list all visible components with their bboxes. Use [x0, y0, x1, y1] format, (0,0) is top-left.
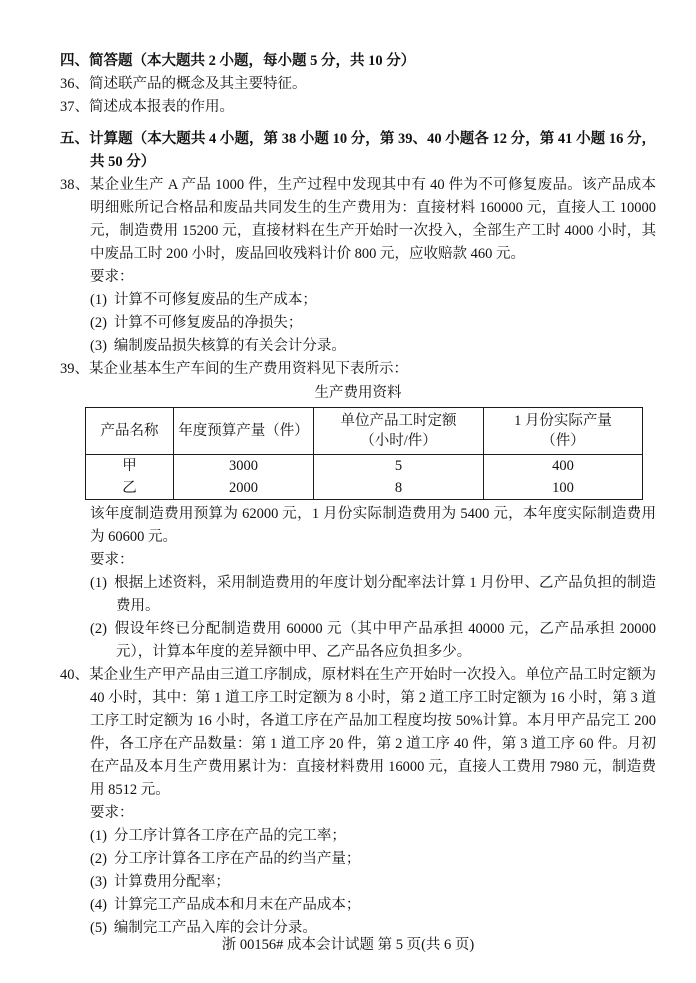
table-cell: 100 — [484, 477, 643, 500]
item-label: (3) — [90, 874, 107, 890]
question-39: 39、某企业基本生产车间的生产费用资料见下表所示： — [60, 358, 656, 381]
question-39-after-table-text: 该年度制造费用预算为 62000 元，1 月份实际制造费用为 5400 元，本年… — [90, 503, 656, 549]
question-39-text: 某企业基本生产车间的生产费用资料见下表所示： — [89, 361, 408, 377]
item-label: (2) — [90, 315, 107, 331]
item-text: 编制废品损失核算的有关会计分录。 — [114, 338, 346, 354]
section-5-title: 计算题（本大题共 4 小题，第 38 小题 10 分，第 39、40 小题各 1… — [89, 131, 656, 170]
item-label: (3) — [90, 338, 107, 354]
question-38-text: 某企业生产 A 产品 1000 件，生产过程中发现其中有 40 件为不可修复废品… — [90, 177, 656, 262]
item-text: 根据上述资料，采用制造费用的年度计划分配率法计算 1 月份甲、乙产品负担的制造费… — [114, 575, 656, 614]
section-4-number: 四、 — [60, 53, 89, 69]
col-header-product-name: 产品名称 — [86, 408, 174, 455]
page-footer: 浙 00156# 成本会计试题 第 5 页(共 6 页) — [0, 933, 696, 954]
page-content: 四、简答题（本大题共 2 小题，每小题 5 分，共 10 分） 36、简述联产品… — [60, 50, 656, 940]
question-36-number: 36、 — [60, 76, 89, 92]
question-40-item-4: (4)计算完工产品成本和月末在产品成本； — [90, 894, 656, 917]
col-header-january-actual-output: 1 月份实际产量（件） — [484, 408, 643, 455]
table-cell: 400 — [484, 455, 643, 478]
header-line: （小时/件） — [314, 431, 483, 451]
table-row-product-yi: 乙 2000 8 100 — [86, 477, 643, 500]
col-header-annual-budget-output: 年度预算产量（件） — [174, 408, 314, 455]
question-36: 36、简述联产品的概念及其主要特征。 — [60, 73, 656, 96]
col-header-unit-hour-quota: 单位产品工时定额（小时/件） — [314, 408, 484, 455]
question-38: 38、某企业生产 A 产品 1000 件，生产过程中发现其中有 40 件为不可修… — [60, 174, 656, 266]
header-line: 1 月份实际产量 — [484, 411, 642, 431]
section-4-title: 简答题（本大题共 2 小题，每小题 5 分，共 10 分） — [89, 53, 415, 69]
question-39-require-label: 要求： — [90, 549, 656, 572]
item-label: (4) — [90, 897, 107, 913]
item-label: (1) — [90, 292, 107, 308]
table-caption: 生产费用资料 — [60, 382, 656, 405]
item-text: 计算不可修复废品的净损失； — [114, 315, 303, 331]
question-37-text: 简述成本报表的作用。 — [89, 99, 234, 115]
question-37: 37、简述成本报表的作用。 — [60, 96, 656, 119]
question-38-item-1: (1)计算不可修复废品的生产成本； — [90, 289, 656, 312]
item-text: 计算不可修复废品的生产成本； — [114, 292, 317, 308]
table-cell: 5 — [314, 455, 484, 478]
table-cell: 3000 — [174, 455, 314, 478]
question-40-require-label: 要求： — [90, 802, 656, 825]
question-40-text: 某企业生产甲产品由三道工序制成，原材料在生产开始时一次投入。单位产品工时定额为 … — [89, 667, 656, 798]
question-40-item-3: (3)计算费用分配率； — [90, 871, 656, 894]
question-36-text: 简述联产品的概念及其主要特征。 — [89, 76, 307, 92]
header-line: 单位产品工时定额 — [314, 411, 483, 431]
question-40-item-2: (2)分工序计算各工序在产品的约当产量； — [90, 848, 656, 871]
question-39-item-1: (1)根据上述资料，采用制造费用的年度计划分配率法计算 1 月份甲、乙产品负担的… — [90, 572, 656, 618]
section-4-heading: 四、简答题（本大题共 2 小题，每小题 5 分，共 10 分） — [60, 50, 656, 73]
question-37-number: 37、 — [60, 99, 89, 115]
item-text: 分工序计算各工序在产品的约当产量； — [114, 851, 361, 867]
question-38-item-3: (3)编制废品损失核算的有关会计分录。 — [90, 335, 656, 358]
item-text: 假设年终已分配制造费用 60000 元（其中甲产品承担 40000 元，乙产品承… — [114, 621, 656, 660]
header-line: （件） — [484, 431, 642, 451]
production-cost-table: 产品名称 年度预算产量（件） 单位产品工时定额（小时/件） 1 月份实际产量（件… — [85, 407, 643, 500]
item-label: (1) — [90, 828, 107, 844]
header-line: 年度预算产量（件） — [178, 423, 309, 439]
item-label: (2) — [90, 621, 107, 637]
section-5-heading: 五、计算题（本大题共 4 小题，第 38 小题 10 分，第 39、40 小题各… — [60, 128, 656, 174]
table-cell: 乙 — [86, 477, 174, 500]
section-5-number: 五、 — [60, 131, 89, 147]
exam-page: 四、简答题（本大题共 2 小题，每小题 5 分，共 10 分） 36、简述联产品… — [0, 0, 696, 983]
table-row-product-jia: 甲 3000 5 400 — [86, 455, 643, 478]
item-text: 计算完工产品成本和月末在产品成本； — [114, 897, 361, 913]
question-38-item-2: (2)计算不可修复废品的净损失； — [90, 312, 656, 335]
question-39-number: 39、 — [60, 361, 89, 377]
question-40-item-1: (1)分工序计算各工序在产品的完工率； — [90, 825, 656, 848]
question-40-number: 40、 — [60, 667, 89, 683]
question-38-require-label: 要求： — [90, 266, 656, 289]
table-cell: 甲 — [86, 455, 174, 478]
question-38-number: 38、 — [60, 177, 90, 193]
question-39-item-2: (2)假设年终已分配制造费用 60000 元（其中甲产品承担 40000 元，乙… — [90, 618, 656, 664]
item-label: (2) — [90, 851, 107, 867]
item-text: 分工序计算各工序在产品的完工率； — [114, 828, 346, 844]
item-label: (1) — [90, 575, 107, 591]
table-cell: 8 — [314, 477, 484, 500]
header-line: 产品名称 — [101, 423, 159, 439]
question-40: 40、某企业生产甲产品由三道工序制成，原材料在生产开始时一次投入。单位产品工时定… — [60, 664, 656, 802]
item-text: 计算费用分配率； — [114, 874, 230, 890]
table-header-row: 产品名称 年度预算产量（件） 单位产品工时定额（小时/件） 1 月份实际产量（件… — [86, 408, 643, 455]
table-cell: 2000 — [174, 477, 314, 500]
